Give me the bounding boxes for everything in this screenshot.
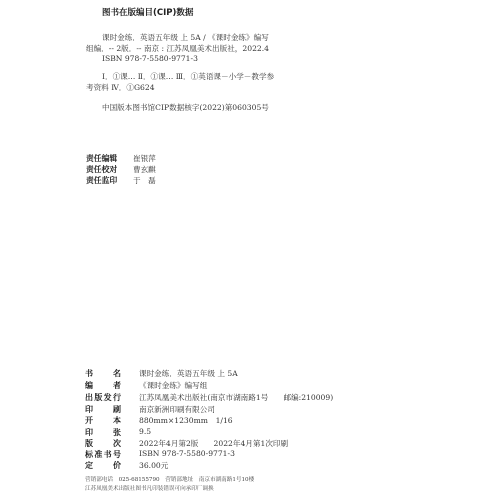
info-row-printer: 印刷 <box>85 404 121 415</box>
info-value-sheets: 9.5 <box>139 427 151 436</box>
label-char: 书 <box>104 449 112 460</box>
footer-notice: 江苏凤凰美术出版社图书凡印装错误可向承印厂调换 <box>85 484 214 492</box>
info-value-price: 36.00元 <box>139 460 168 471</box>
info-label: 印张 <box>85 427 121 438</box>
info-label: 印刷 <box>85 404 121 415</box>
label-char: 版 <box>85 438 93 449</box>
label-char: 名 <box>113 368 121 379</box>
info-row-price: 定价 <box>85 460 121 471</box>
label-char: 印 <box>85 404 93 415</box>
label-char: 开 <box>85 415 93 426</box>
info-label: 出版发行 <box>85 392 121 403</box>
label-char: 准 <box>94 449 102 460</box>
info-row-format: 开本 <box>85 415 121 426</box>
info-label: 开本 <box>85 415 121 426</box>
info-row-isbn: 标准书号 <box>85 449 121 460</box>
info-value-publisher: 江苏凤凰美术出版社(南京市湖南路1号 邮编:210009) <box>139 392 333 403</box>
info-row-publisher: 出版发行 <box>85 392 121 403</box>
label-char: 定 <box>85 460 93 471</box>
cip-line: 组编．-- 2版．-- 南京 : 江苏凤凰美术出版社，2022.4 <box>86 43 269 54</box>
label-char: 号 <box>113 449 121 460</box>
cip-line: Ⅰ．①课… Ⅱ．①课… Ⅲ．①英语课－小学－教学参 <box>102 71 274 82</box>
info-label: 书名 <box>85 368 121 379</box>
staff-label-print-supervisor: 责任监印 <box>86 175 117 186</box>
info-label: 定价 <box>85 460 121 471</box>
label-char: 本 <box>113 415 121 426</box>
info-row-edition: 版次 <box>85 438 121 449</box>
info-label: 版次 <box>85 438 121 449</box>
cip-number: 中国版本图书馆CIP数据核字(2022)第060305号 <box>102 102 269 113</box>
info-value-printer: 南京新洲印刷有限公司 <box>139 404 215 415</box>
cip-line: ISBN 978-7-5580-9771-3 <box>102 54 198 63</box>
label-char: 标 <box>85 449 93 460</box>
info-value-author: 《课时金练》编写组 <box>139 380 207 391</box>
info-label: 编者 <box>85 380 121 391</box>
label-char: 者 <box>113 380 121 391</box>
staff-label-editor: 责任编辑 <box>86 153 117 164</box>
info-row-title: 书名 <box>85 368 121 379</box>
label-char: 张 <box>113 427 121 438</box>
label-char: 行 <box>113 392 121 403</box>
label-char: 刷 <box>113 404 121 415</box>
info-value-edition: 2022年4月第2版 2022年4月第1次印刷 <box>139 438 288 449</box>
label-char: 发 <box>104 392 112 403</box>
info-value-title: 课时金练．英语五年级 上 5A <box>139 368 238 379</box>
label-char: 次 <box>113 438 121 449</box>
cip-line: 考资料 Ⅳ．①G624 <box>86 82 155 93</box>
info-row-author: 编者 <box>85 380 121 391</box>
label-char: 印 <box>85 427 93 438</box>
cip-title: 图书在版编目(CIP)数据 <box>102 6 193 18</box>
label-char: 编 <box>85 380 93 391</box>
staff-label-proofreader: 责任校对 <box>86 164 117 175</box>
info-label: 标准书号 <box>85 449 121 460</box>
footer-sales-contact: 营销部电话 025-68155790 营销部地址 南京市湖南路1号10楼 <box>85 475 254 483</box>
label-char: 出 <box>85 392 93 403</box>
label-char: 版 <box>94 392 102 403</box>
info-value-isbn: ISBN 978-7-5580-9771-3 <box>139 449 235 458</box>
label-char: 书 <box>85 368 93 379</box>
label-char: 价 <box>113 460 121 471</box>
staff-value-print-supervisor: 于 磊 <box>133 175 156 186</box>
staff-value-proofreader: 曹玄麒 <box>133 164 156 175</box>
staff-value-editor: 崔银萍 <box>133 153 156 164</box>
cip-line: 课时金练．英语五年级 上 5A / 《课时金练》编写 <box>102 32 269 43</box>
info-value-format: 880mm×1230mm 1/16 <box>139 415 233 426</box>
info-row-sheets: 印张 <box>85 427 121 438</box>
